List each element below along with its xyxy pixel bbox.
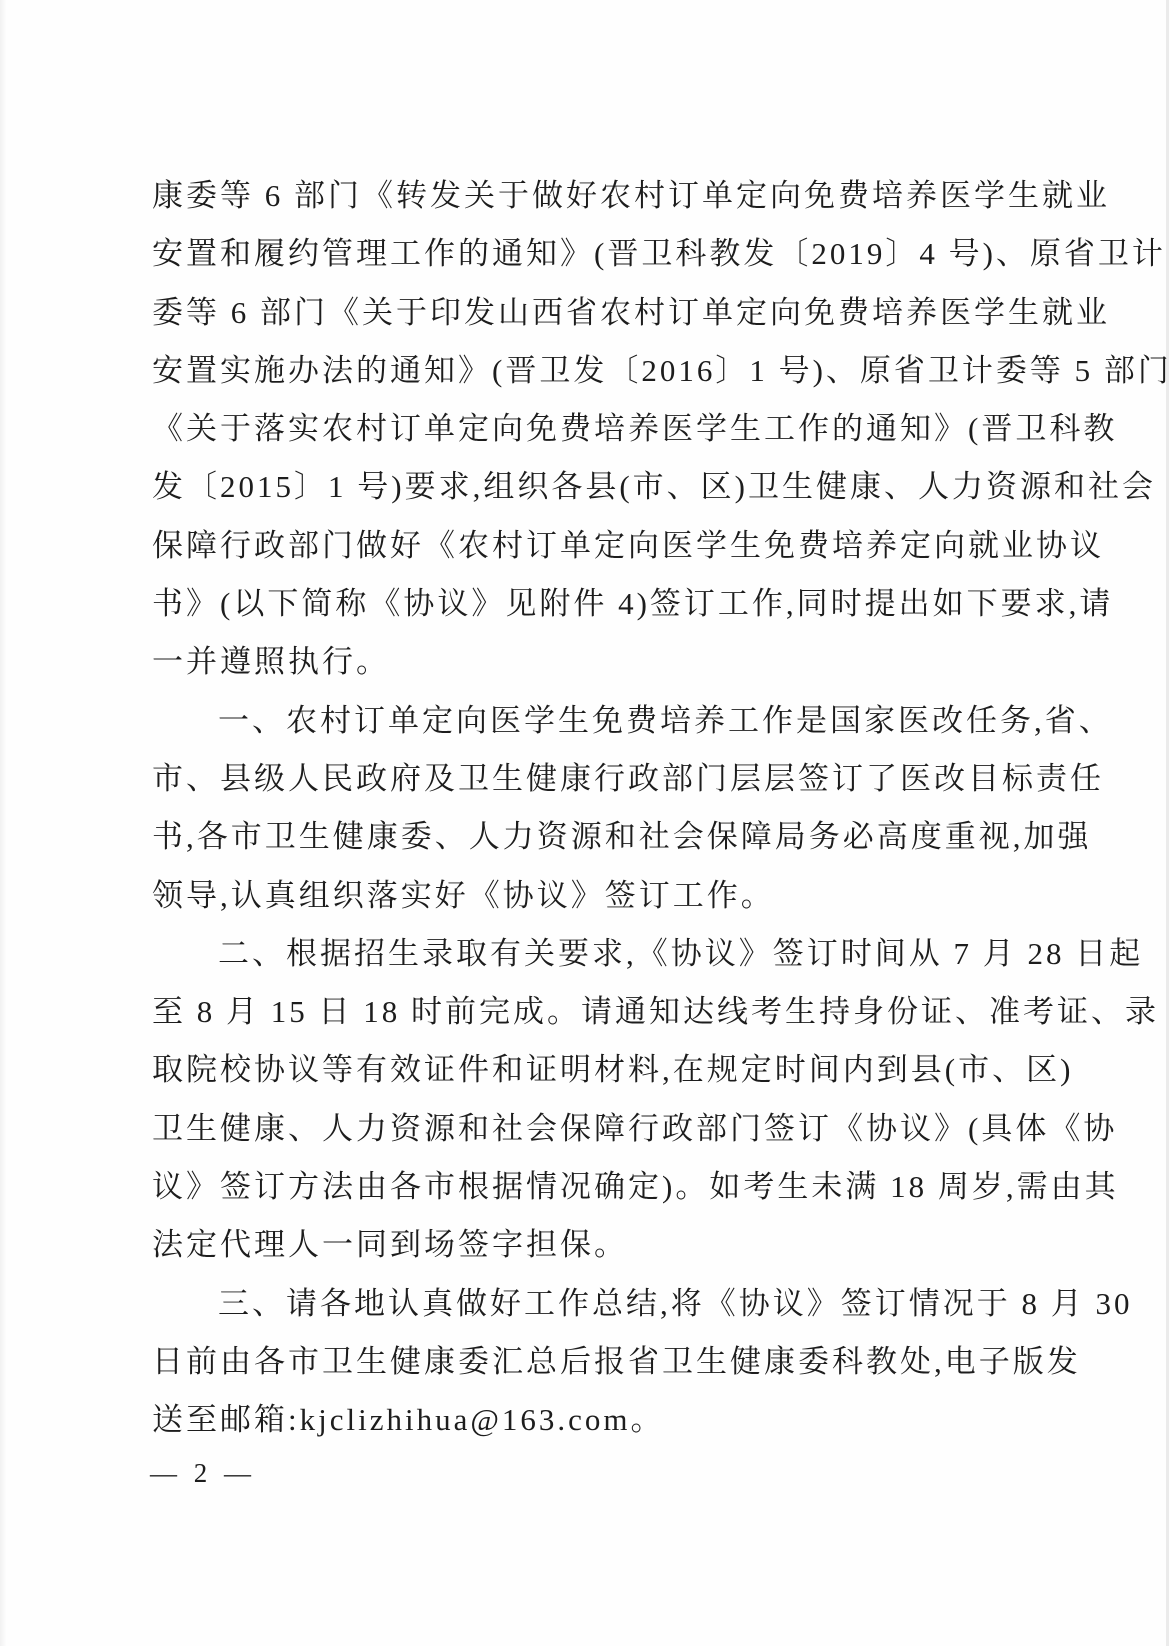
text-line: 保障行政部门做好《农村订单定向医学生免费培养定向就业协议 xyxy=(152,517,1032,575)
scan-edge-right xyxy=(1166,0,1169,1646)
text-line: 二、根据招生录取有关要求,《协议》签订时间从 7 月 28 日起 xyxy=(152,925,1032,983)
text-line: 法定代理人一同到场签字担保。 xyxy=(152,1216,1032,1274)
text-line: 安置实施办法的通知》(晋卫发〔2016〕1 号)、原省卫计委等 5 部门 xyxy=(152,342,1032,400)
text-line: 日前由各市卫生健康委汇总后报省卫生健康委科教处,电子版发 xyxy=(152,1333,1032,1391)
text-line: 市、县级人民政府及卫生健康行政部门层层签订了医改目标责任 xyxy=(152,750,1032,808)
paragraph: 康委等 6 部门《转发关于做好农村订单定向免费培养医学生就业安置和履约管理工作的… xyxy=(152,167,1032,692)
document-body: 康委等 6 部门《转发关于做好农村订单定向免费培养医学生就业安置和履约管理工作的… xyxy=(152,167,1032,1450)
text-line: 一并遵照执行。 xyxy=(152,633,1032,691)
text-line: 一、农村订单定向医学生免费培养工作是国家医改任务,省、 xyxy=(152,692,1032,750)
text-line: 书,各市卫生健康委、人力资源和社会保障局务必高度重视,加强 xyxy=(152,808,1032,866)
text-line: 《关于落实农村订单定向免费培养医学生工作的通知》(晋卫科教 xyxy=(152,400,1032,458)
paragraph: 三、请各地认真做好工作总结,将《协议》签订情况于 8 月 30日前由各市卫生健康… xyxy=(152,1275,1032,1450)
page-number: — 2 — xyxy=(150,1458,256,1489)
text-line: 取院校协议等有效证件和证明材料,在规定时间内到县(市、区) xyxy=(152,1041,1032,1099)
text-line: 安置和履约管理工作的通知》(晋卫科教发〔2019〕4 号)、原省卫计 xyxy=(152,225,1032,283)
text-line: 委等 6 部门《关于印发山西省农村订单定向免费培养医学生就业 xyxy=(152,284,1032,342)
document-page: 康委等 6 部门《转发关于做好农村订单定向免费培养医学生就业安置和履约管理工作的… xyxy=(0,0,1170,1646)
scan-edge-left xyxy=(0,0,7,1646)
paragraph: 二、根据招生录取有关要求,《协议》签订时间从 7 月 28 日起至 8 月 15… xyxy=(152,925,1032,1275)
text-line: 领导,认真组织落实好《协议》签订工作。 xyxy=(152,867,1032,925)
text-line: 康委等 6 部门《转发关于做好农村订单定向免费培养医学生就业 xyxy=(152,167,1032,225)
paragraph: 一、农村订单定向医学生免费培养工作是国家医改任务,省、市、县级人民政府及卫生健康… xyxy=(152,692,1032,925)
text-line: 发〔2015〕1 号)要求,组织各县(市、区)卫生健康、人力资源和社会 xyxy=(152,458,1032,516)
text-line: 卫生健康、人力资源和社会保障行政部门签订《协议》(具体《协 xyxy=(152,1100,1032,1158)
text-line: 送至邮箱:kjclizhihua@163.com。 xyxy=(152,1391,1032,1449)
text-line: 三、请各地认真做好工作总结,将《协议》签订情况于 8 月 30 xyxy=(152,1275,1032,1333)
text-line: 议》签订方法由各市根据情况确定)。如考生未满 18 周岁,需由其 xyxy=(152,1158,1032,1216)
text-line: 书》(以下简称《协议》见附件 4)签订工作,同时提出如下要求,请 xyxy=(152,575,1032,633)
text-line: 至 8 月 15 日 18 时前完成。请通知达线考生持身份证、准考证、录 xyxy=(152,983,1032,1041)
